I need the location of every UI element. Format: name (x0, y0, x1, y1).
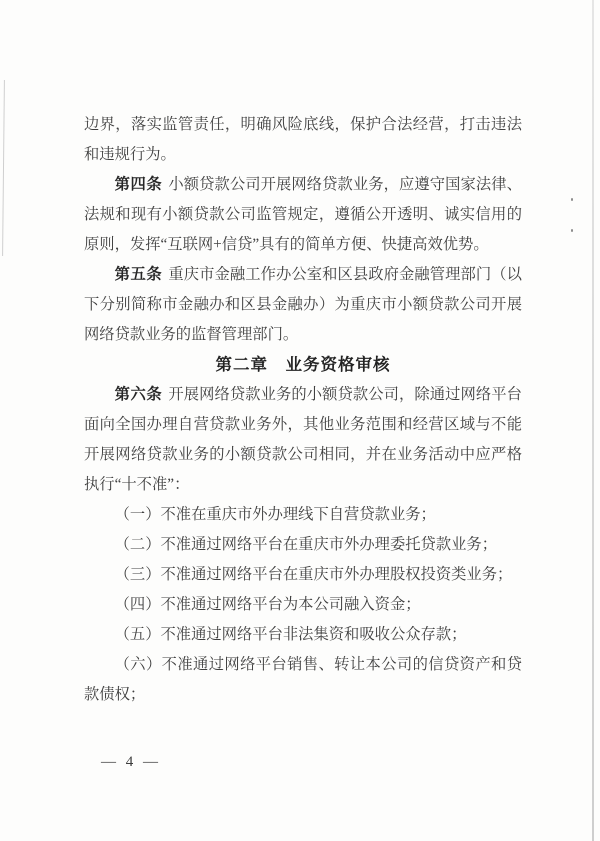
page-number: — 4 — (101, 752, 161, 772)
article-6-label: 第六条 (115, 386, 163, 403)
scanned-document-page: 边界，落实监管责任，明确风险底线，保护合法经营，打击违法和违规行为。 第四条小额… (0, 0, 600, 841)
chapter-2-heading: 第二章 业务资格审核 (84, 350, 522, 380)
scan-artifact-speck (571, 198, 573, 201)
prohibition-item-6: （六）不准通过网络平台销售、转让本公司的信贷资产和贷款债权； (84, 650, 522, 710)
paragraph-intro-continuation: 边界，落实监管责任，明确风险底线，保护合法经营，打击违法和违规行为。 (84, 110, 522, 170)
scan-artifact-speck (571, 229, 573, 232)
article-5-label: 第五条 (115, 266, 163, 283)
prohibition-item-5: （五）不准通过网络平台非法集资和吸收公众存款； (84, 620, 522, 650)
scan-artifact-page-edge (592, 0, 594, 841)
paragraph-article-5: 第五条重庆市金融工作办公室和区县政府金融管理部门（以下分别简称市金融办和区县金融… (84, 260, 522, 350)
paragraph-article-6: 第六条开展网络贷款业务的小额贷款公司，除通过网络平台面向全国办理自营贷款业务外，… (84, 380, 522, 500)
prohibition-item-1: （一）不准在重庆市外办理线下自营贷款业务； (84, 500, 522, 530)
article-4-label: 第四条 (115, 176, 163, 193)
prohibition-item-4: （四）不准通过网络平台为本公司融入资金； (84, 590, 522, 620)
prohibition-item-2: （二）不准通过网络平台在重庆市外办理委托贷款业务； (84, 530, 522, 560)
scan-artifact-left-scratch (2, 80, 5, 256)
prohibition-item-3: （三）不准通过网络平台在重庆市外办理股权投资类业务； (84, 560, 522, 590)
paragraph-article-4: 第四条小额贷款公司开展网络贷款业务，应遵守国家法律、法规和现有小额贷款公司监管规… (84, 170, 522, 260)
document-body: 边界，落实监管责任，明确风险底线，保护合法经营，打击违法和违规行为。 第四条小额… (84, 110, 522, 710)
